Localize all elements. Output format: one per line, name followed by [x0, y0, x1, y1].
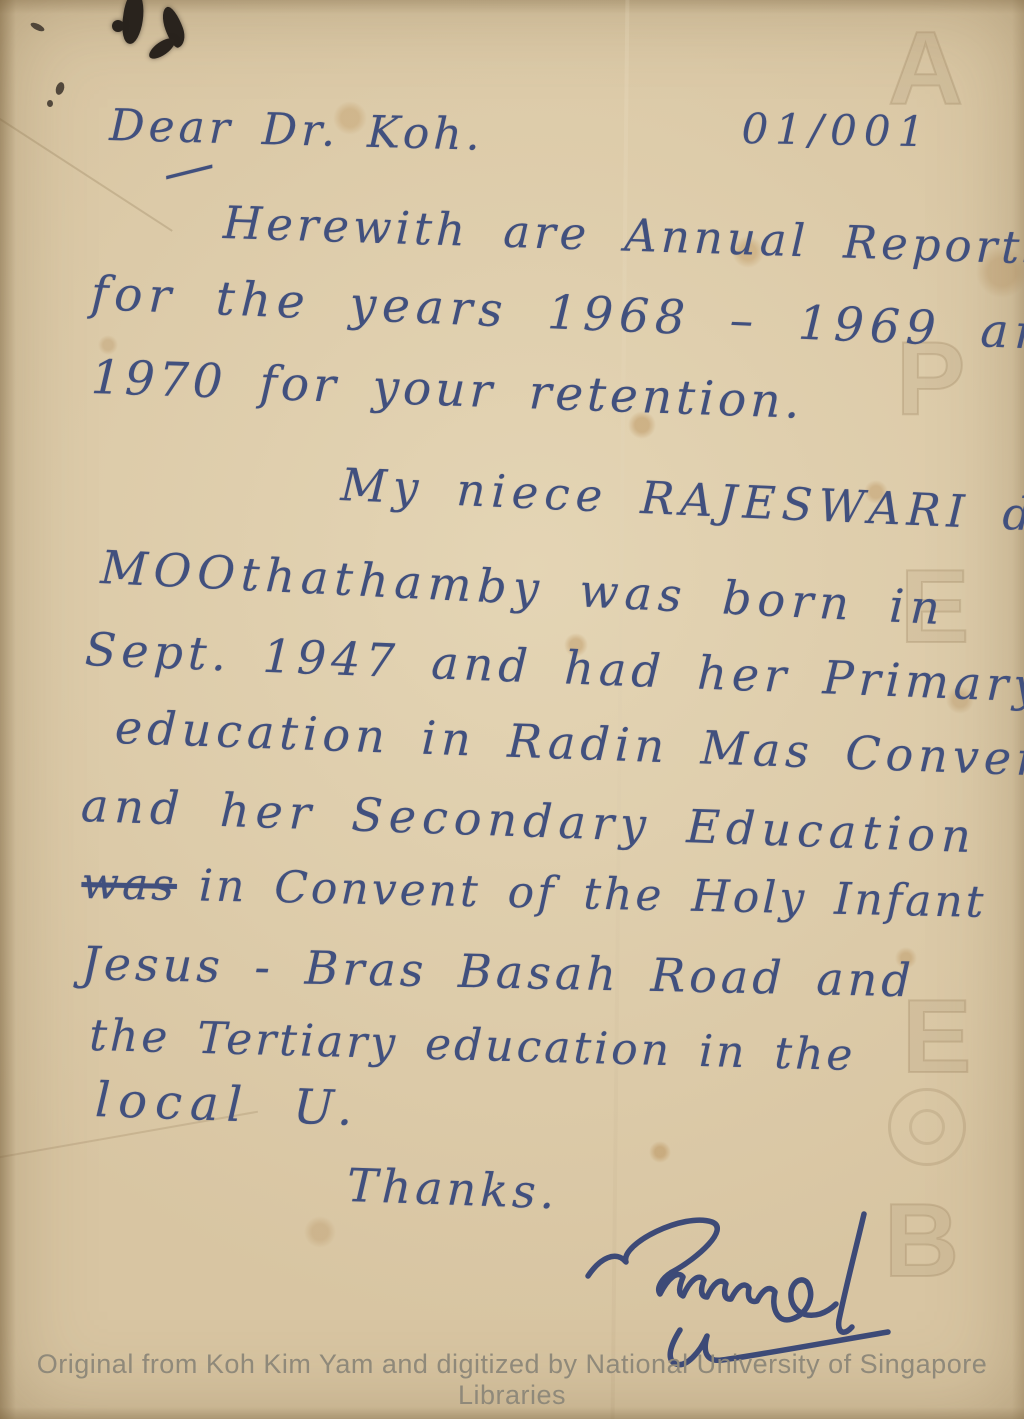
- ink-speck: [47, 100, 53, 107]
- page-number: 01/001: [741, 104, 932, 156]
- letter-line: the Tertiary education in the: [89, 1010, 856, 1081]
- letter-line: My niece RAJESWARI d/o: [340, 458, 1024, 544]
- letter-line: Jesus - Bras Basah Road and: [81, 936, 916, 1007]
- signature: [580, 1210, 910, 1370]
- watermark-emblem: [888, 1088, 966, 1166]
- letter-line: MOOthathamby was born in: [99, 540, 947, 635]
- ink-blot: [112, 20, 124, 32]
- letter-line: Sept. 1947 and had her Primary: [84, 622, 1024, 713]
- scanned-letter-page: A P E E B Dear Dr. Koh. 01/001 — Herewit…: [0, 0, 1024, 1419]
- ink-blot: [146, 35, 178, 63]
- ink-speck: [29, 21, 45, 33]
- letter-line-text: in Convent of the Holy Infant: [198, 860, 987, 927]
- struck-word: was: [81, 858, 178, 911]
- digitization-credit: Original from Koh Kim Yam and digitized …: [0, 1349, 1024, 1411]
- closing: Thanks.: [346, 1158, 559, 1219]
- letter-line: wasin Convent of the Holy Infant: [81, 858, 987, 928]
- letter-line: education in Radin Mas Convent: [114, 700, 1024, 787]
- ink-blot: [119, 0, 146, 45]
- letter-line: 1970 for your retention.: [90, 350, 804, 430]
- letter-line: and her Secondary Education: [80, 778, 978, 863]
- ink-speck: [54, 81, 66, 96]
- letter-line: local U.: [94, 1072, 361, 1137]
- letter-line: Herewith are Annual Reports: [222, 196, 1024, 275]
- letter-line: for the years 1968 – 1969 and: [90, 266, 1024, 363]
